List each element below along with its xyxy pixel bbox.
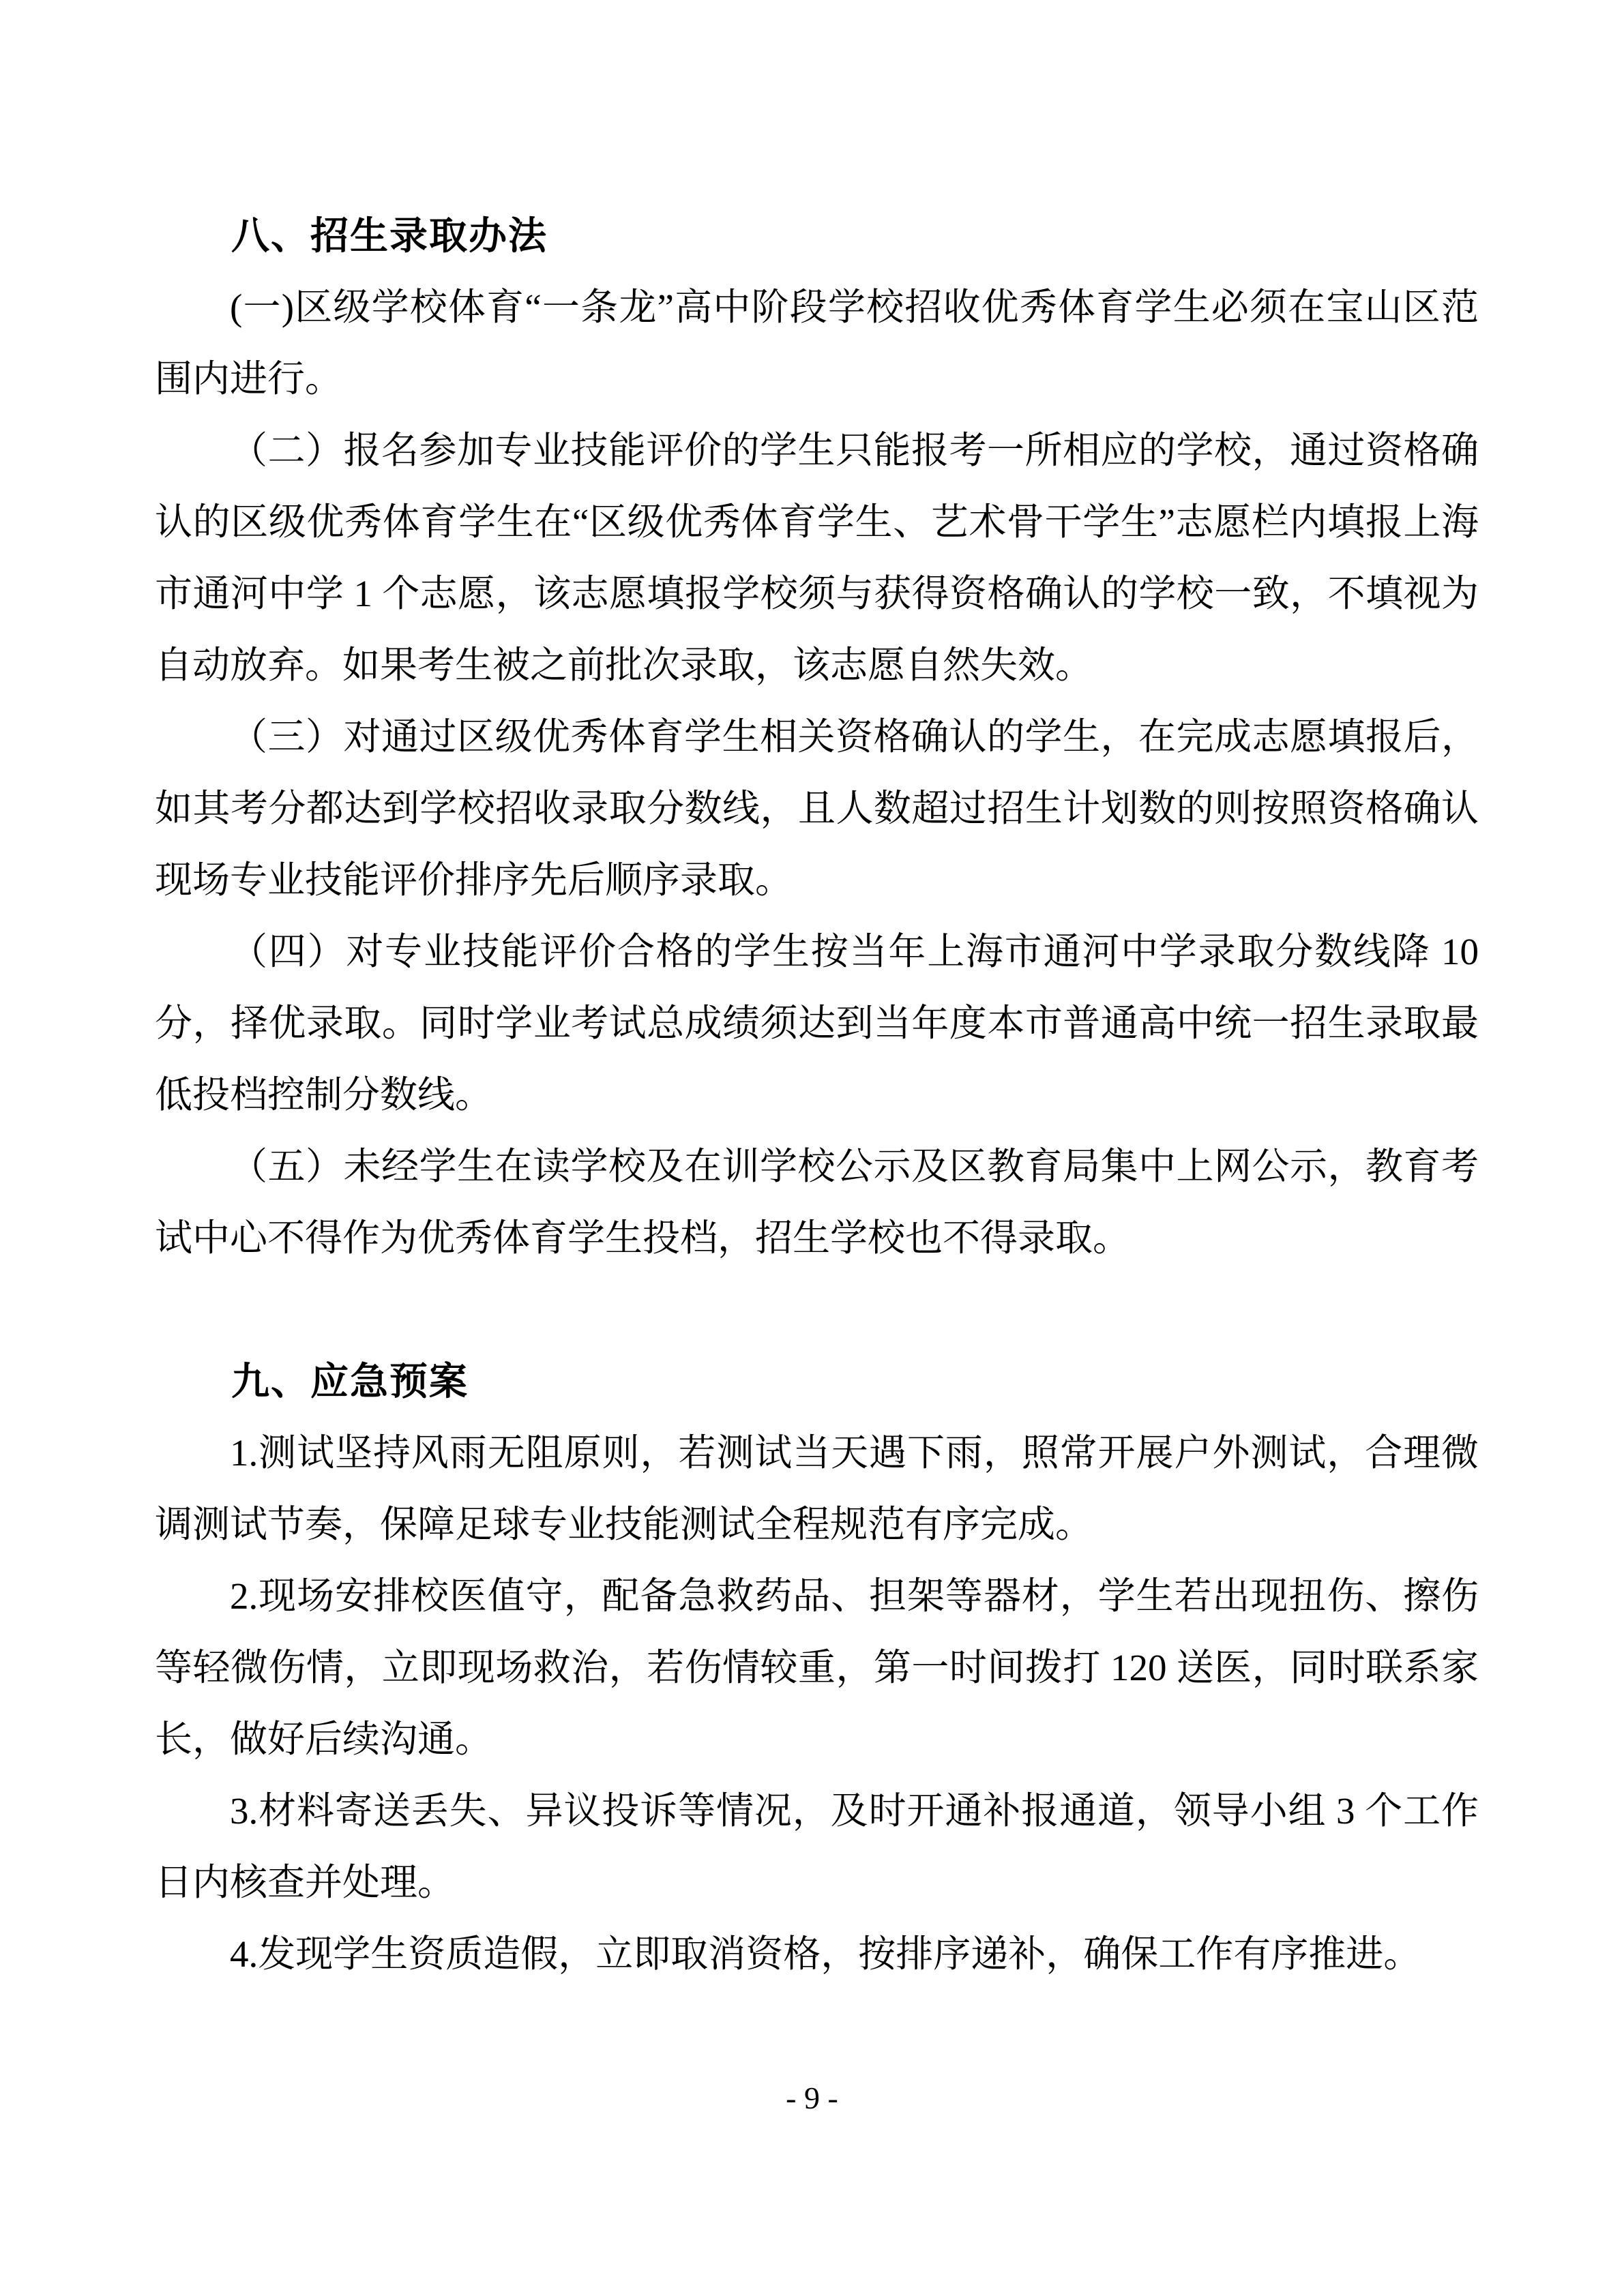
document-page: 八、招生录取办法 (一)区级学校体育“一条龙”高中阶段学校招收优秀体育学生必须在… [0, 0, 1624, 2296]
section-heading-emergency: 九、应急预案 [155, 1345, 1479, 1417]
section-emergency-plan: 九、应急预案 1.测试坚持风雨无阻原则，若测试当天遇下雨，照常开展户外测试，合理… [155, 1345, 1479, 1990]
section-enrollment-methods: 八、招生录取办法 (一)区级学校体育“一条龙”高中阶段学校招收优秀体育学生必须在… [155, 200, 1479, 1274]
paragraph-enrollment-4: （四）对专业技能评价合格的学生按当年上海市通河中学录取分数线降 10 分，择优录… [155, 916, 1479, 1131]
paragraph-emergency-4: 4.发现学生资质造假，立即取消资格，按排序递补，确保工作有序推进。 [155, 1918, 1479, 1990]
paragraph-enrollment-2: （二）报名参加专业技能评价的学生只能报考一所相应的学校，通过资格确认的区级优秀体… [155, 415, 1479, 701]
page-number: - 9 - [786, 2081, 838, 2115]
section-heading-enrollment: 八、招生录取办法 [155, 200, 1479, 271]
paragraph-enrollment-5: （五）未经学生在读学校及在训学校公示及区教育局集中上网公示，教育考试中心不得作为… [155, 1131, 1479, 1274]
paragraph-emergency-3: 3.材料寄送丢失、异议投诉等情况，及时开通补报通道，领导小组 3 个工作日内核查… [155, 1775, 1479, 1918]
paragraph-enrollment-3: （三）对通过区级优秀体育学生相关资格确认的学生，在完成志愿填报后，如其考分都达到… [155, 701, 1479, 916]
paragraph-emergency-1: 1.测试坚持风雨无阻原则，若测试当天遇下雨，照常开展户外测试，合理微调测试节奏，… [155, 1417, 1479, 1560]
section-gap [155, 1274, 1479, 1345]
paragraph-enrollment-1: (一)区级学校体育“一条龙”高中阶段学校招收优秀体育学生必须在宝山区范围内进行。 [155, 271, 1479, 415]
paragraph-emergency-2: 2.现场安排校医值守，配备急救药品、担架等器材，学生若出现扭伤、擦伤等轻微伤情，… [155, 1560, 1479, 1775]
page-footer: - 9 - [0, 2074, 1624, 2122]
